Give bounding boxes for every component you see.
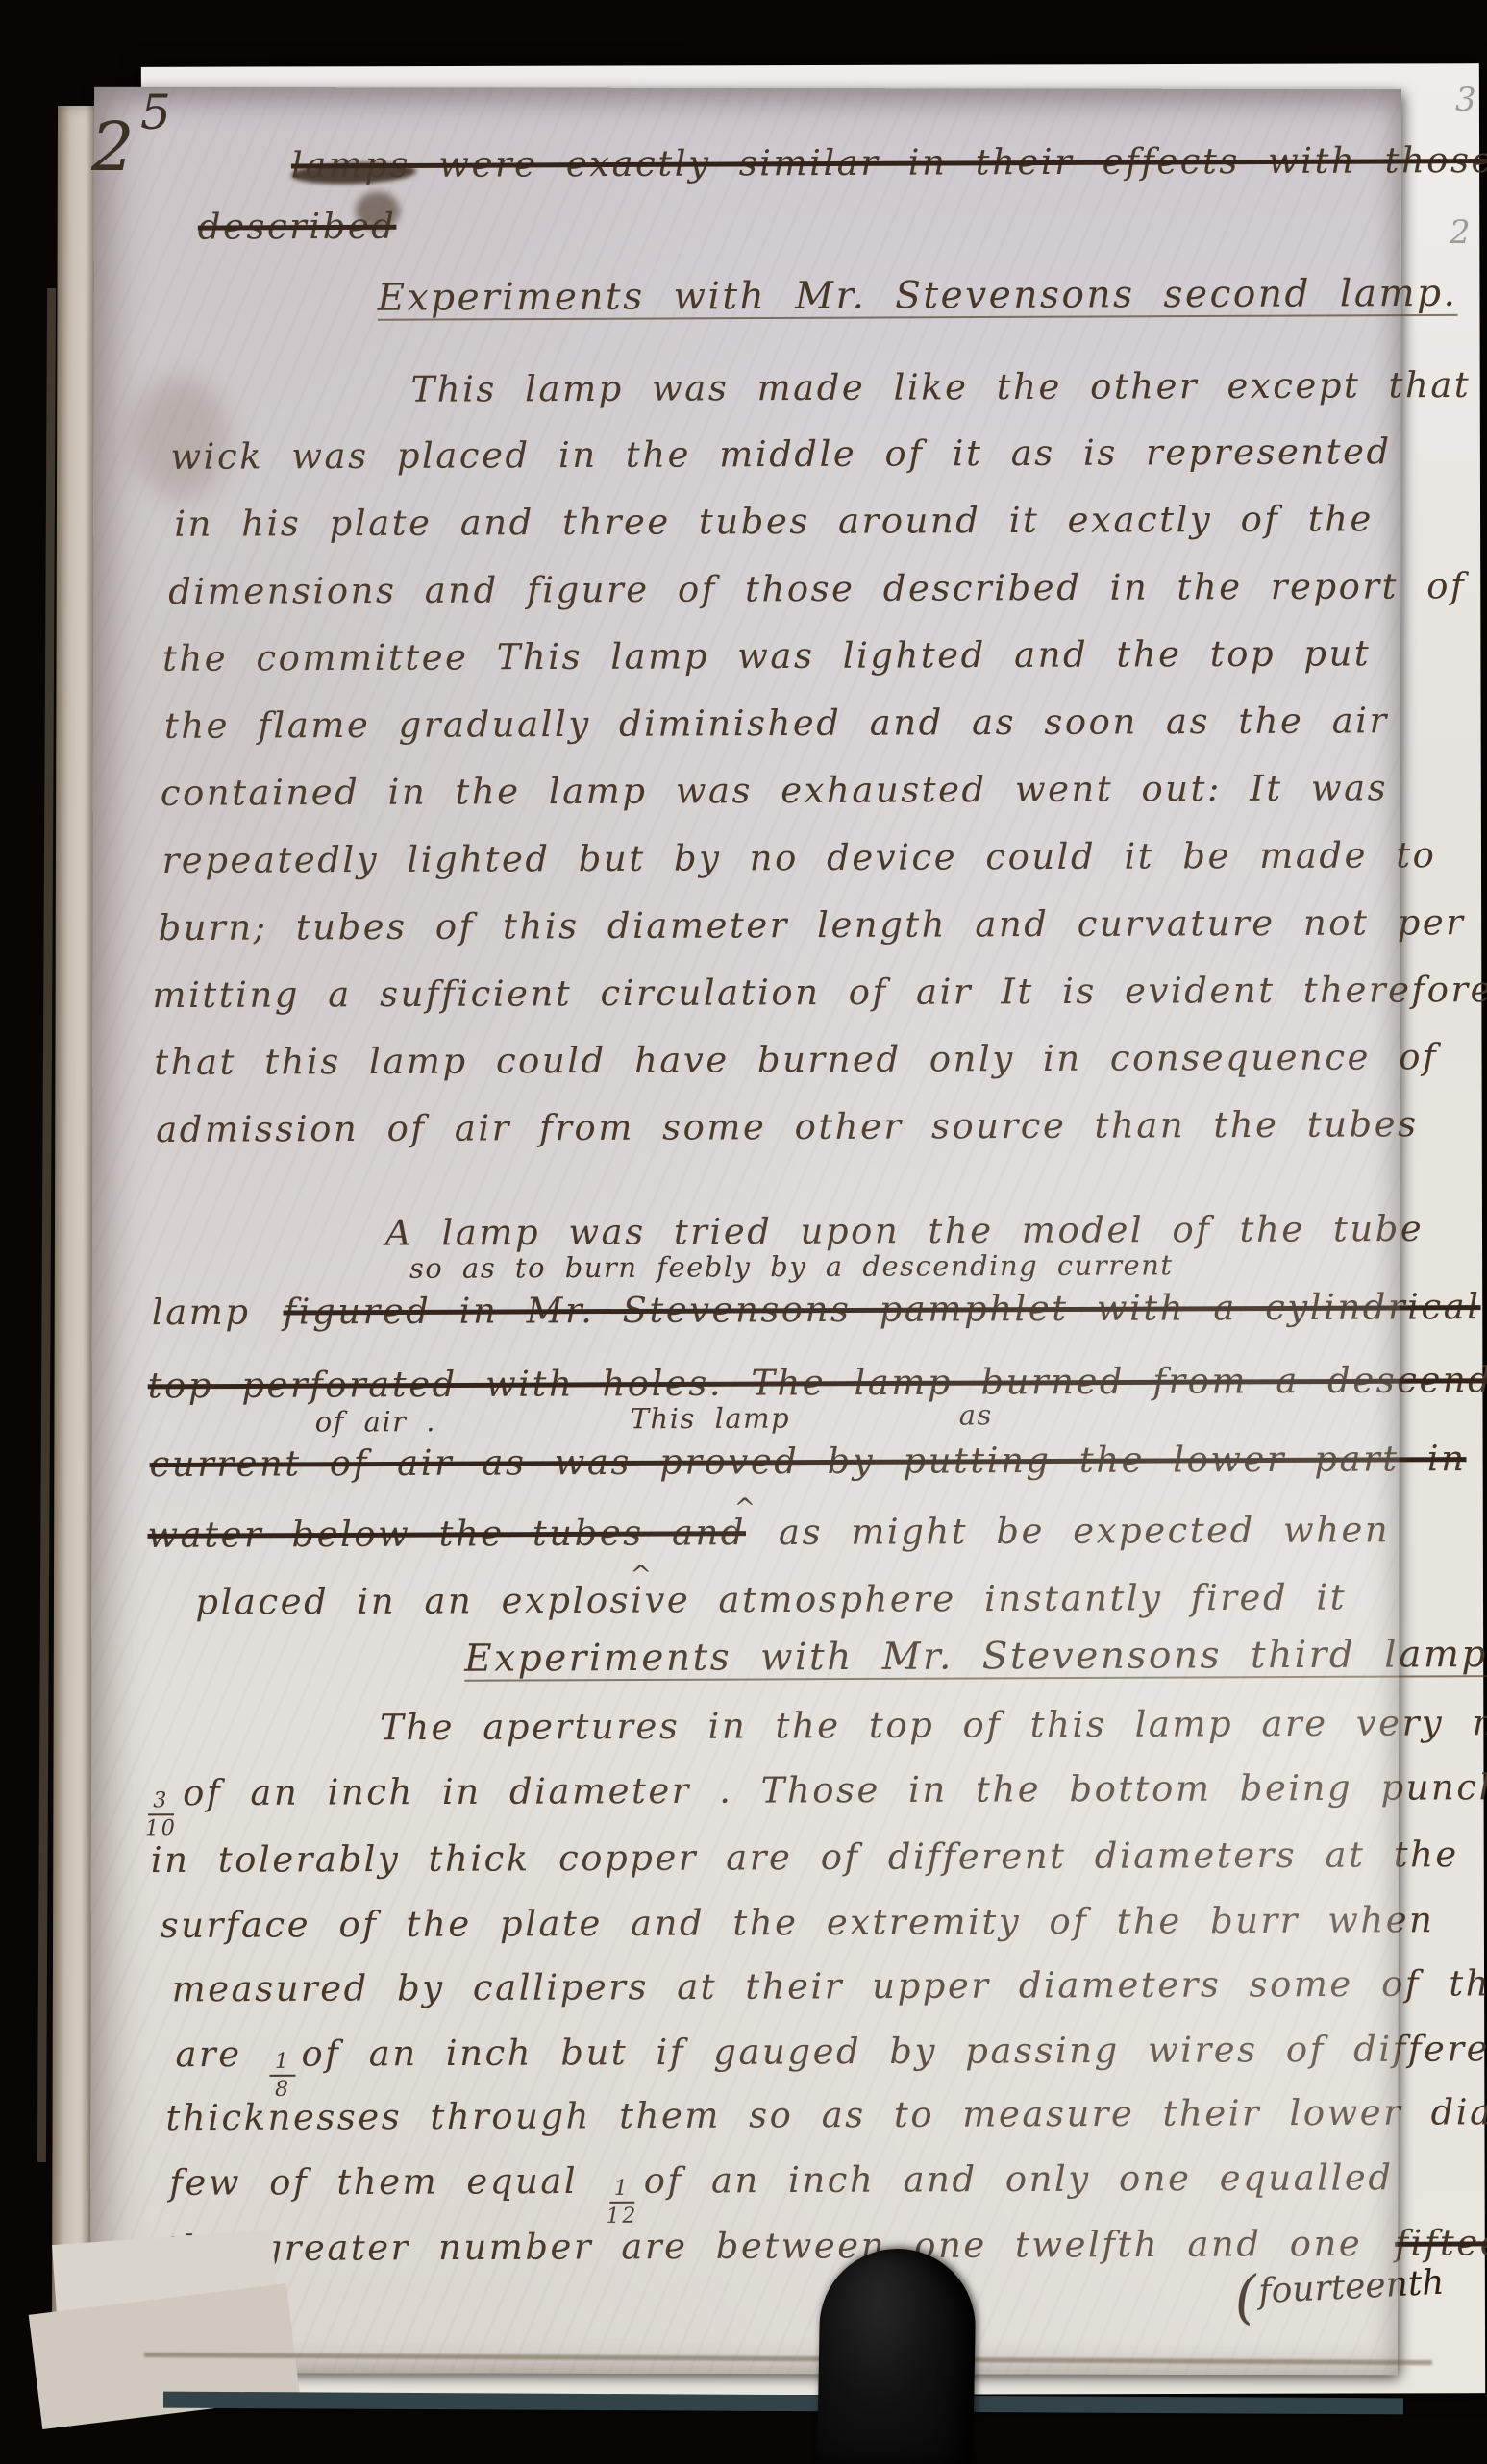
fraction: 112 (606, 2178, 637, 2229)
edge-mark: 3 (1455, 81, 1476, 119)
struck-line: current of air as was proved by putting … (150, 1441, 1467, 1482)
manuscript-line: in tolerably thick copper are of differe… (151, 1836, 1459, 1878)
manuscript-line: A lamp was tried upon the model of the t… (385, 1211, 1424, 1251)
manuscript-line: measured by callipers at their upper dia… (172, 1965, 1487, 2007)
manuscript-line: few of them equal 112of an inch and only… (169, 2159, 1394, 2230)
fraction-numerator: 1 (609, 2178, 635, 2204)
fraction-numerator: 3 (148, 1789, 174, 1815)
manuscript-line: the committee This lamp was lighted and … (162, 635, 1371, 676)
edge-mark: 2 (1450, 213, 1471, 252)
fraction: 310 (145, 1789, 177, 1840)
struck-line: top perforated with holes. The lamp burn… (148, 1362, 1487, 1403)
manuscript-line: lampfigured in Mr. Stevensons pamphlet w… (152, 1289, 1481, 1330)
interlinear-insertion: This lamp (631, 1405, 791, 1434)
manuscript-line: that this lamp could have burned only in… (154, 1039, 1438, 1080)
manuscript-line: burn; tubes of this diameter length and … (158, 904, 1465, 946)
manuscript-line: contained in the lamp was exhausted went… (161, 770, 1388, 811)
manuscript-line: placed in an explosive atmosphere instan… (195, 1579, 1347, 1619)
manuscript-line: are 18of an inch but if gauged by passin… (175, 2031, 1487, 2102)
caret-mark: ^ (733, 1493, 756, 1523)
fraction-denominator: 10 (145, 1816, 177, 1840)
interlinear-insertion: so as to burn feebly by a descending cur… (409, 1251, 1174, 1282)
manuscript-line: in his plate and three tubes around it e… (174, 501, 1374, 541)
catchword-flourish: ( (1232, 2263, 1258, 2331)
manuscript-line: surface of the plate and the extremity o… (161, 1902, 1435, 1943)
deleted-opening-line: lamps were exactly similar in their effe… (291, 141, 1487, 183)
manuscript-page: lamps were exactly similar in their effe… (90, 87, 1401, 2375)
heading-third-lamp: Experiments with Mr. Stevensons third la… (464, 1636, 1487, 1678)
catchword: (fourteenth (1232, 2255, 1446, 2332)
manuscript-line: repeatedly lighted but by no device coul… (162, 837, 1437, 878)
page-number: 5 (140, 85, 171, 140)
manuscript-line: the flame gradually diminished and as so… (164, 702, 1389, 744)
struck-text: figured in Mr. Stevensons pamphlet with … (283, 1286, 1480, 1332)
line-text: are (175, 2033, 241, 2075)
manuscript-line: wick was placed in the middle of it as i… (170, 433, 1391, 475)
fraction: 18 (270, 2051, 296, 2102)
manuscript-line: thicknesses through them so as to measur… (165, 2094, 1487, 2135)
kept-word: lamp (152, 1292, 251, 1333)
struck-text: water below the tubes and (147, 1512, 746, 1556)
fraction-denominator: 12 (607, 2204, 638, 2228)
kept-text: as might be expected when (779, 1509, 1390, 1553)
table-surface (163, 2392, 1403, 2415)
gloved-thumb (817, 2248, 977, 2464)
line-text: few of them equal (169, 2160, 578, 2204)
manuscript-line: The apertures in the top of this lamp ar… (380, 1705, 1487, 1746)
line-text: of an inch in diameter . Those in the bo… (183, 1766, 1487, 1813)
manuscript-line: 310of an inch in diameter . Those in the… (145, 1769, 1487, 1840)
fraction-numerator: 1 (270, 2051, 296, 2077)
deleted-opening-line: described (198, 209, 397, 245)
manuscript-line: the greater number are between one twelf… (165, 2225, 1487, 2266)
interlinear-insertion: of air . (315, 1408, 436, 1437)
heading-second-lamp: Experiments with Mr. Stevensons second l… (378, 275, 1458, 317)
manuscript-line: mitting a sufficient circulation of air … (152, 972, 1487, 1013)
kept-text: the greater number are between one twelf… (165, 2223, 1362, 2269)
manuscript-line: admission of air from some other source … (156, 1106, 1419, 1147)
line-text: of an inch and only one equalled (644, 2156, 1394, 2201)
line-text: of an inch but if gauged by passing wire… (301, 2028, 1487, 2075)
manuscript-line: dimensions and figure of those described… (168, 568, 1466, 609)
page-number-under: 2 (91, 108, 135, 186)
manuscript-line: This lamp was made like the other except… (410, 367, 1471, 407)
catchword-text: fourteenth (1257, 2263, 1445, 2312)
manuscript-line: water below the tubes andas might be exp… (147, 1512, 1390, 1553)
caret-mark: ^ (630, 1561, 652, 1590)
interlinear-insertion: as (959, 1401, 993, 1429)
manuscript-scan: lamps were exactly similar in their effe… (0, 0, 1487, 2464)
